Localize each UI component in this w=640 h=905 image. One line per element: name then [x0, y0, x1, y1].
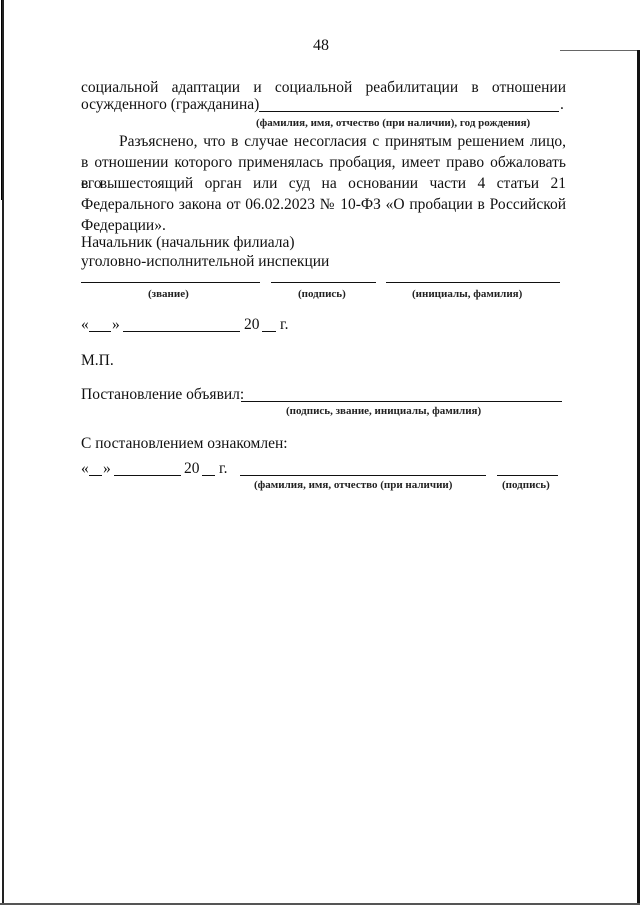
chief-rank-field[interactable] [81, 282, 260, 283]
explanation-line-3: в вышестоящий орган или суд на основании… [81, 173, 566, 194]
ack-date-suffix: г. [219, 460, 227, 478]
ack-date-day-field[interactable] [89, 475, 102, 476]
announced-signature-field[interactable] [241, 401, 562, 402]
chief-date-open-quote: « [81, 316, 89, 334]
explanation-line-4: Федерального закона от 06.02.2023 № 10-Ф… [81, 194, 566, 215]
page-number: 48 [313, 37, 329, 55]
acknowledged-label: С постановлением ознакомлен: [81, 435, 288, 453]
ack-signature-field[interactable] [497, 475, 558, 476]
chief-signature-field[interactable] [271, 282, 376, 283]
stamp-label: М.П. [81, 352, 114, 370]
chief-signature-caption: (подпись) [298, 288, 346, 301]
explanation-line-1: Разъяснено, что в случае несогласия с пр… [119, 131, 566, 152]
ack-name-caption: (фамилия, имя, отчество (при наличии) [254, 479, 452, 492]
chief-rank-caption: (звание) [148, 288, 189, 301]
chief-date-suffix: г. [280, 316, 288, 334]
chief-initials-caption: (инициалы, фамилия) [412, 288, 522, 301]
intro-period: . [560, 96, 564, 114]
convict-name-field[interactable] [259, 111, 559, 112]
chief-date-close-quote: » [112, 316, 120, 334]
intro-line-1: социальной адаптации и социальной реабил… [81, 77, 566, 98]
scan-border-right-top [560, 50, 640, 51]
ack-name-field[interactable] [240, 475, 486, 476]
ack-date-year-field[interactable] [202, 475, 215, 476]
scan-border-left [2, 0, 4, 905]
ack-date-open-quote: « [81, 460, 89, 478]
ack-date-year-prefix: 20 [184, 460, 200, 478]
announced-label: Постановление объявил: [81, 386, 244, 404]
convict-name-caption: (фамилия, имя, отчество (при наличии), г… [256, 117, 530, 130]
intro-convict-label: осужденного (гражданина) [81, 96, 259, 114]
chief-initials-field[interactable] [386, 282, 560, 283]
chief-date-month-field[interactable] [123, 331, 240, 332]
ack-signature-caption: (подпись) [502, 479, 550, 492]
chief-date-year-field[interactable] [262, 331, 276, 332]
ack-date-close-quote: » [103, 460, 111, 478]
explanation-line-5: Федерации». [81, 215, 566, 236]
chief-date-year-prefix: 20 [244, 316, 260, 334]
chief-title-line-1: Начальник (начальник филиала) [81, 234, 295, 252]
chief-title-line-2: уголовно-исполнительной инспекции [81, 253, 329, 271]
announced-caption: (подпись, звание, инициалы, фамилия) [286, 405, 481, 418]
ack-date-month-field[interactable] [114, 475, 181, 476]
chief-date-day-field[interactable] [89, 331, 111, 332]
